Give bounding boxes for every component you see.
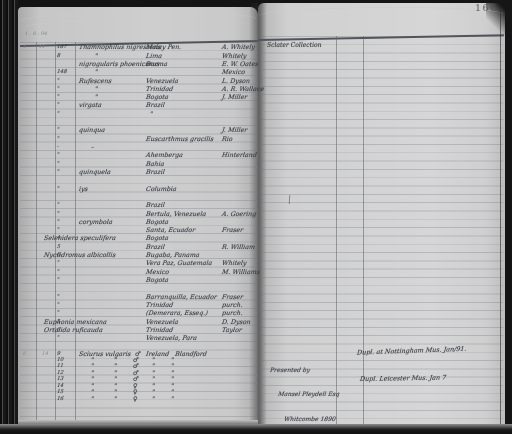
cell-number: " bbox=[57, 152, 76, 158]
book-bottom-shadow bbox=[0, 424, 512, 434]
cell-number: 16 bbox=[57, 396, 76, 402]
cell-number: " bbox=[57, 211, 76, 217]
presented-note-line: Mansel Pleydell Esq bbox=[269, 391, 340, 399]
table-row: "iysColumbia bbox=[0, 186, 260, 195]
cell-locality: Bogota bbox=[146, 235, 223, 242]
cell-collector: Whitely bbox=[222, 53, 259, 60]
cell-number: " bbox=[57, 111, 76, 117]
cell-locality: Malay Pen. bbox=[146, 44, 223, 51]
cell-collector: D. Dyson bbox=[222, 319, 259, 326]
cell-locality: Bertula, Venezuela bbox=[146, 211, 223, 218]
cell-number: " bbox=[57, 102, 76, 108]
cell-collector: J. Miller bbox=[222, 127, 259, 134]
cell-locality: Bogota bbox=[146, 94, 223, 101]
cell-number: " bbox=[57, 294, 76, 300]
cell-number: " bbox=[57, 302, 76, 308]
table-row: 16 " " ♀ " " bbox=[0, 396, 260, 405]
cell-number: 187 bbox=[57, 44, 76, 50]
pencil-date-note: 1 . 8 . 94 bbox=[25, 31, 47, 37]
table-row: " " bbox=[0, 111, 260, 120]
cell-species: " bbox=[79, 69, 222, 76]
cell-number: 9 bbox=[57, 351, 76, 357]
cell-collector: M. Williams bbox=[222, 269, 259, 276]
cell-number: " bbox=[57, 169, 76, 175]
cell-number: " bbox=[57, 136, 76, 142]
cell-collector: Fraser bbox=[222, 294, 259, 301]
cell-locality: Bogota bbox=[146, 219, 223, 226]
presented-note: Presented by Mansel Pleydell Esq Whitcom… bbox=[270, 350, 339, 434]
cell-number: 14 bbox=[57, 383, 76, 389]
cell-number: 15 bbox=[57, 389, 76, 395]
cell-number: 12 bbox=[57, 370, 76, 376]
cell-locality: Trinidad bbox=[146, 327, 223, 334]
cell-number: " bbox=[57, 86, 76, 92]
cell-collector: Rio bbox=[222, 136, 259, 143]
cell-number: 5 bbox=[57, 244, 76, 250]
cell-collector: A. R. Wallace bbox=[222, 86, 259, 93]
cell-locality: " bbox=[146, 111, 223, 118]
ledger-book-photo: 166 1 . 8 . 94 1 11187Thamnophilus nigre… bbox=[0, 0, 512, 434]
cell-locality: Burma bbox=[146, 61, 223, 68]
cell-collector: R. William bbox=[222, 244, 259, 251]
presented-note-line: Presented by bbox=[269, 367, 340, 375]
column-rule bbox=[363, 36, 364, 424]
cell-locality: Bahia bbox=[146, 161, 223, 168]
page-number: 166 bbox=[475, 3, 498, 14]
cell-locality: Brazil bbox=[146, 102, 223, 109]
cell-number: " bbox=[57, 277, 76, 283]
cell-collector: J. Miller bbox=[222, 94, 259, 101]
cell-locality: Venezuela, Para bbox=[146, 335, 223, 342]
cell-locality: Brazil bbox=[146, 244, 223, 251]
cell-number: 148 bbox=[57, 69, 76, 75]
cell-number: " bbox=[57, 269, 76, 275]
cell-number: 11 bbox=[57, 363, 76, 369]
cell-number: " bbox=[57, 78, 76, 84]
cell-margin: 6 14 bbox=[23, 351, 58, 357]
cell-locality: Bogota bbox=[146, 277, 223, 284]
cell-collector: purch. bbox=[222, 310, 259, 317]
cell-number: " bbox=[57, 186, 76, 192]
cell-locality: Trinidad bbox=[146, 302, 223, 309]
table-row: "Bogota bbox=[0, 277, 260, 286]
table-row: "Venezuela, Para bbox=[0, 335, 260, 344]
cell-collector: Taylor bbox=[222, 327, 259, 334]
cell-locality: Brazil bbox=[146, 202, 223, 209]
cell-species: – bbox=[79, 144, 222, 151]
cell-number: " bbox=[57, 202, 76, 208]
cell-locality: Trinidad bbox=[146, 86, 223, 93]
cell-collector: Mexico bbox=[222, 69, 259, 76]
cell-collector: purch. bbox=[222, 302, 259, 309]
cell-number: " bbox=[57, 94, 76, 100]
cell-locality: Columbia bbox=[146, 186, 223, 193]
cell-collector: A. Whitely bbox=[222, 44, 259, 51]
cell-collector: Fraser bbox=[222, 227, 259, 234]
cell-locality: (Demerara, Esseq.) bbox=[146, 310, 223, 317]
cell-margin: 1 11 bbox=[23, 44, 58, 50]
cell-locality: Vera Paz, Guatemala bbox=[146, 260, 223, 267]
cell-locality: Santa, Ecuador bbox=[146, 227, 223, 234]
cell-number: " bbox=[57, 310, 76, 316]
cell-number: " bbox=[57, 227, 76, 233]
page-edge-rule bbox=[500, 10, 501, 424]
cell-locality: " " bbox=[146, 396, 223, 403]
cell-collector: L. Dyson bbox=[222, 78, 259, 85]
cell-locality: Barranquilla, Ecuador bbox=[146, 294, 223, 301]
cell-number: " bbox=[57, 219, 76, 225]
collection-note: Sclater Collection bbox=[267, 42, 321, 49]
cell-locality: Mexico bbox=[146, 269, 223, 276]
cell-number: 8 bbox=[57, 53, 76, 59]
cell-locality: Ahemberga bbox=[146, 152, 223, 159]
cell-collector: E. W. Oates bbox=[222, 61, 259, 68]
cell-number: " bbox=[57, 335, 76, 341]
cell-locality: Euscarthmus gracilis bbox=[146, 136, 223, 143]
cell-locality: Venezuela bbox=[146, 78, 223, 85]
table-row: "quinquelaBrazil bbox=[0, 169, 260, 178]
cell-locality: Venezuela bbox=[146, 319, 223, 326]
cell-number: " bbox=[57, 127, 76, 133]
cell-number: 13 bbox=[57, 376, 76, 382]
cell-number: - bbox=[57, 144, 76, 150]
cell-locality: Bugaba, Panama bbox=[146, 252, 223, 259]
cell-collector: Whitely bbox=[222, 260, 259, 267]
cell-collector: Hinterland bbox=[222, 152, 259, 159]
cell-number: " bbox=[57, 161, 76, 167]
cell-collector: A. Goering bbox=[222, 211, 259, 218]
cell-locality: Brazil bbox=[146, 169, 223, 176]
cell-species: quinqua bbox=[79, 127, 222, 134]
cell-locality: Lima bbox=[146, 53, 223, 60]
cell-number: " bbox=[57, 260, 76, 266]
